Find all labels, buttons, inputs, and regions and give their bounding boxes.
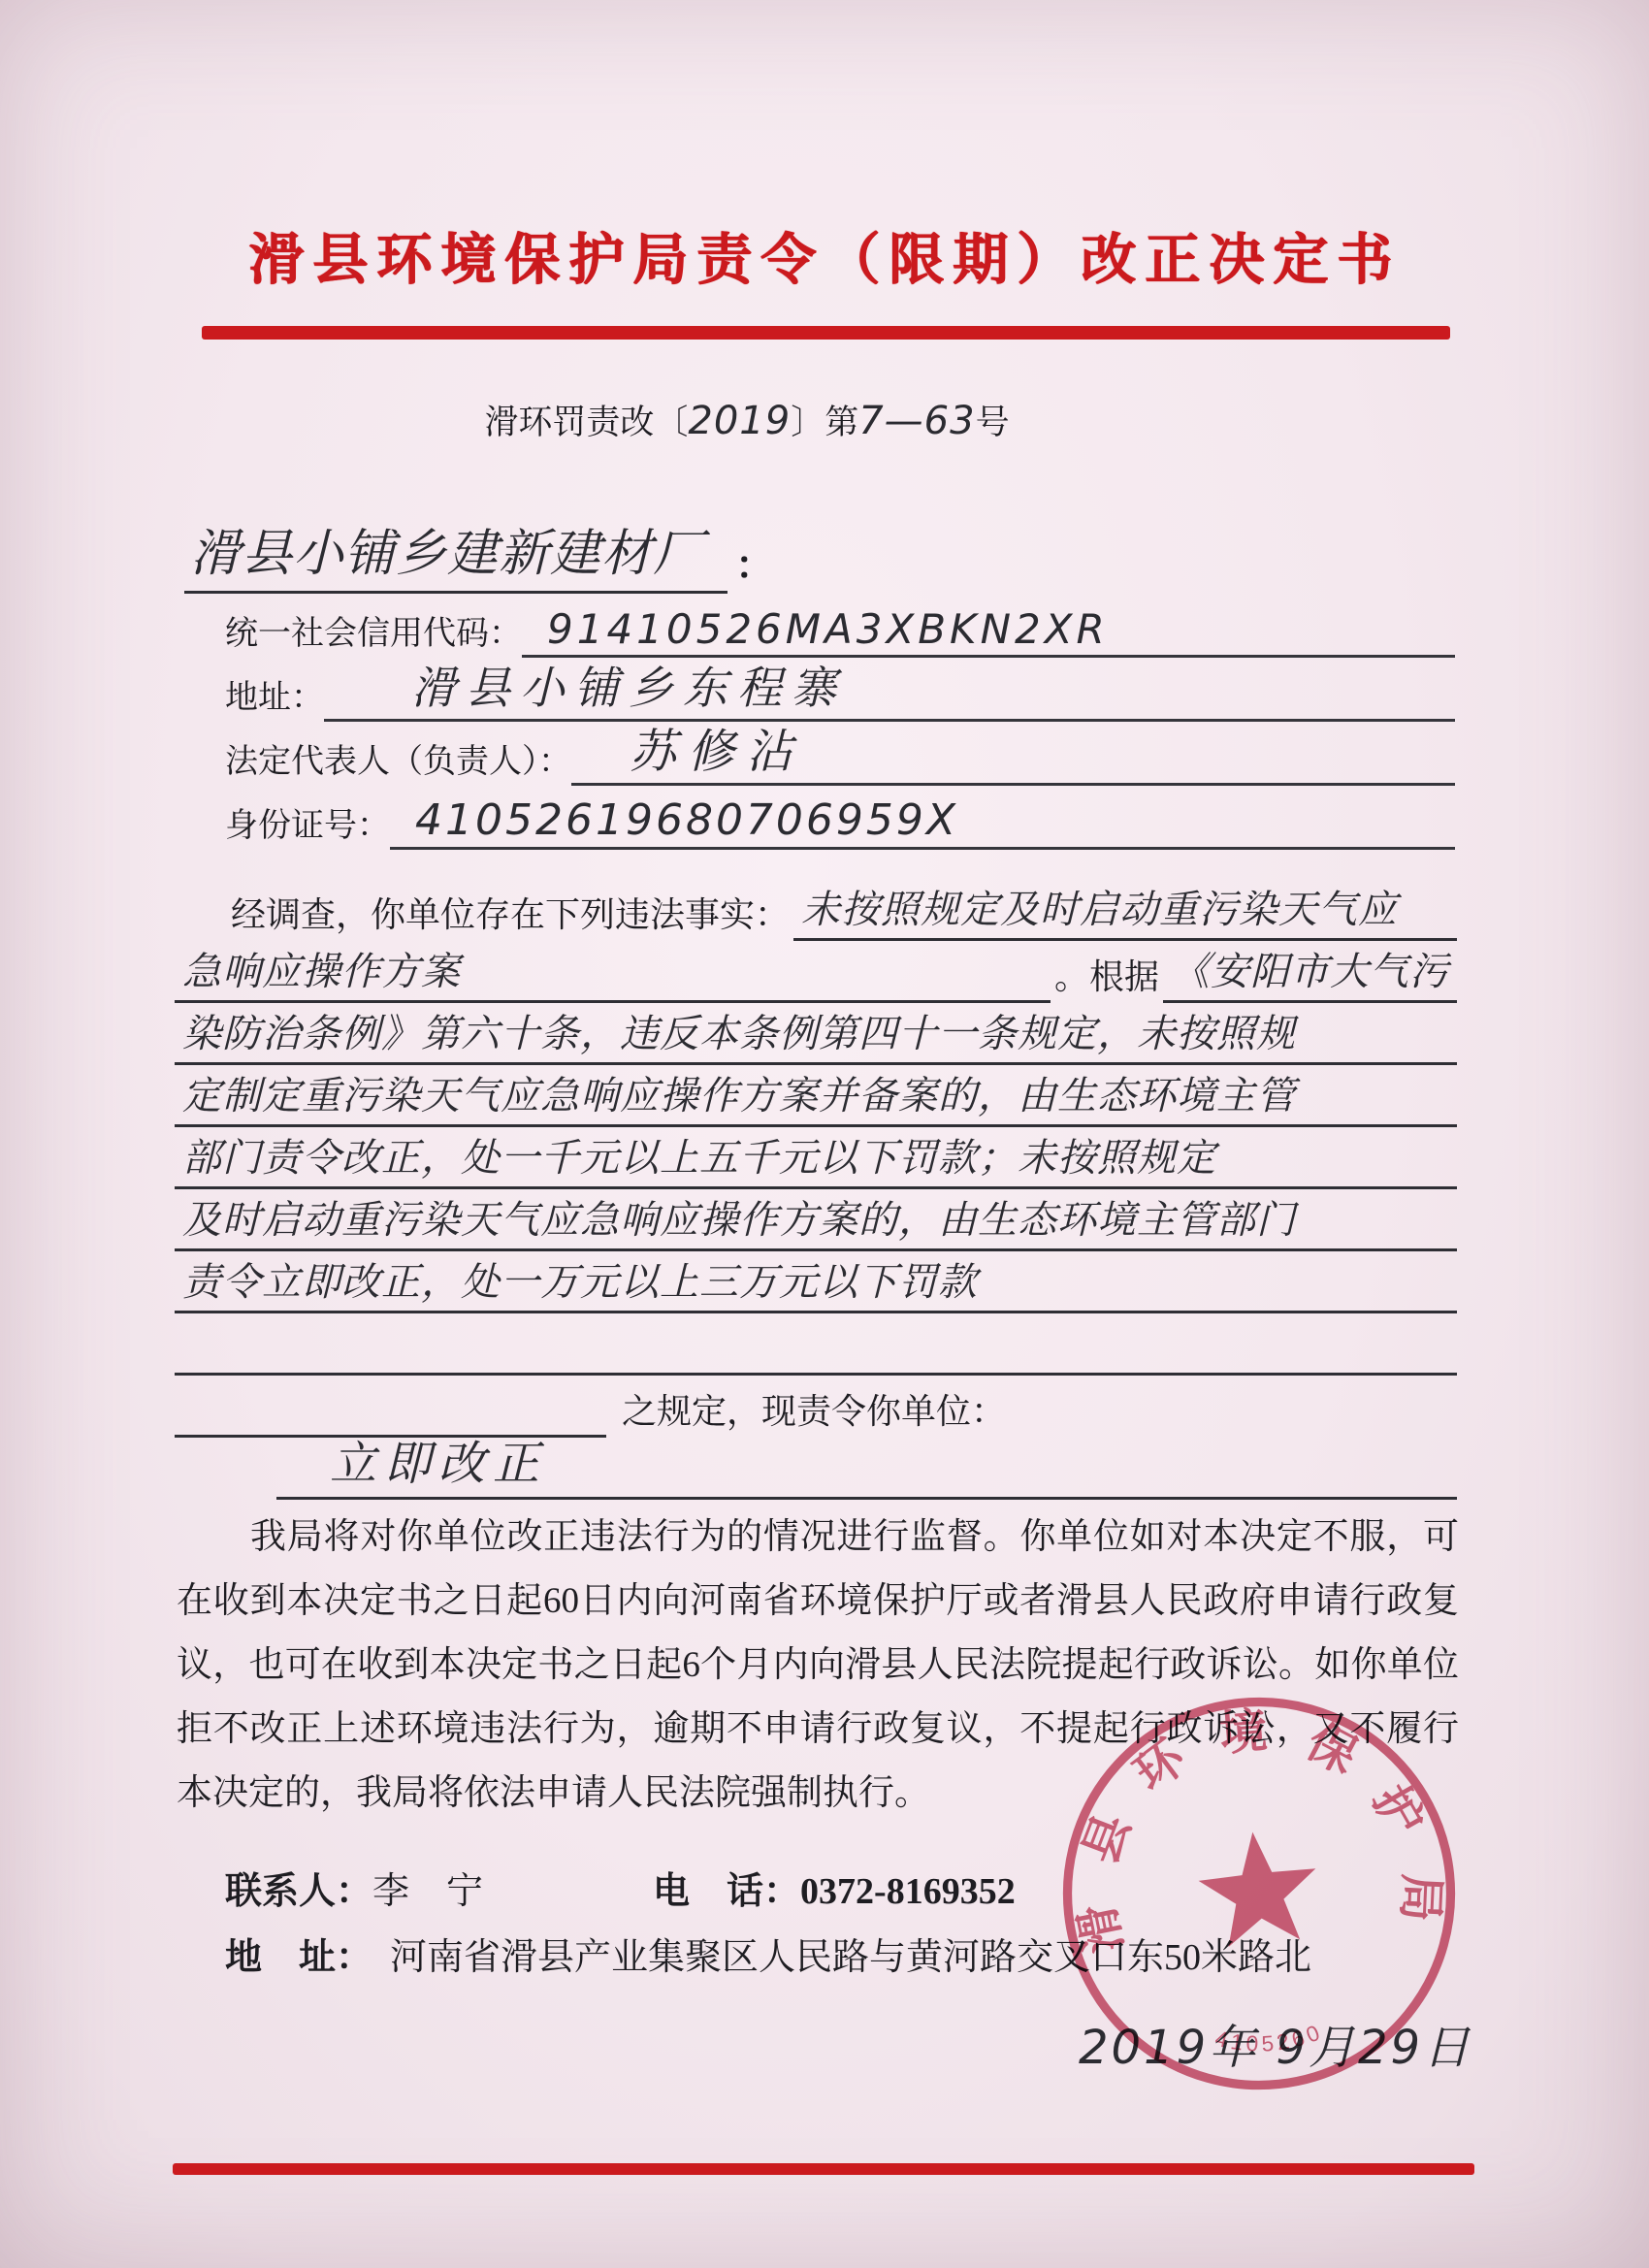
id-number-label: 身份证号： xyxy=(225,798,390,850)
violation-hw-2: 急响应操作方案 xyxy=(175,941,469,1003)
violation-section: 经调查，你单位存在下列违法事实： 未按照规定及时启动重污染天气应 急响应操作方案… xyxy=(175,879,1457,1500)
basis-label: 。根据 xyxy=(1051,950,1163,1003)
field-legal-rep: 法定代表人（负责人）： 苏修沾 xyxy=(225,726,1455,786)
address-value-handwritten: 滑县小铺乡东程寨 xyxy=(324,653,846,719)
docnum-year-handwritten: 2019 xyxy=(688,399,791,443)
violation-line-7: 责令立即改正，处一万元以上三万元以下罚款 xyxy=(175,1251,1457,1313)
docnum-suffix: 号 xyxy=(976,404,1010,441)
address-label: 地址： xyxy=(225,670,324,722)
document-number: 滑环罚责改〔2019〕第7—63号 xyxy=(0,396,1571,444)
credit-code-label: 统一社会信用代码： xyxy=(225,606,522,658)
contact-label: 联系人： xyxy=(225,1871,372,1912)
contact-line: 联系人：李 宁电 话：0372-8169352 xyxy=(225,1861,1016,1914)
violation-line-4: 定制定重污染天气应急响应操作方案并备案的，由生态环境主管 xyxy=(175,1065,1457,1127)
violation-hw-1: 未按照规定及时启动重污染天气应 xyxy=(793,879,1457,941)
recipient-colon: ： xyxy=(727,535,774,594)
credit-code-underline: 91410526MA3XBKN2XR xyxy=(522,605,1455,658)
violation-line-8-empty xyxy=(175,1313,1457,1376)
field-id-number: 身份证号： 41052619680706959X xyxy=(225,790,1455,850)
empty-underline xyxy=(175,1373,1457,1376)
violation-hw-4: 染防治条例》第六十条，违反本条例第四十一条规定，未按照规 xyxy=(175,1003,1457,1065)
id-number-underline: 41052619680706959X xyxy=(390,795,1455,850)
contact-name: 李 宁 xyxy=(372,1871,483,1912)
violation-hw-5: 定制定重污染天气应急响应操作方案并备案的，由生态环境主管 xyxy=(175,1065,1457,1127)
legal-rep-value-handwritten: 苏修沾 xyxy=(571,714,804,783)
order-line: 立即改正 xyxy=(276,1438,1457,1500)
credit-code-value-handwritten: 91410526MA3XBKN2XR xyxy=(522,605,1109,655)
violation-line-5: 部门责令改正，处一千元以上五千元以下罚款；未按照规定 xyxy=(175,1127,1457,1189)
violation-intro: 经调查，你单位存在下列违法事实： xyxy=(175,888,793,941)
legal-rep-underline: 苏修沾 xyxy=(571,714,1455,786)
svg-text:4105260: 4105260 xyxy=(1211,2015,1328,2061)
header-rule xyxy=(202,326,1450,340)
violation-hw-8: 责令立即改正，处一万元以上三万元以下罚款 xyxy=(175,1251,1457,1313)
official-seal: 滑县环境保护局 4105260 xyxy=(1029,1664,1490,2124)
docnum-mid: 〕第 xyxy=(791,404,858,441)
legal-rep-label: 法定代表人（负责人）： xyxy=(225,734,571,786)
phone-number: 0372-8169352 xyxy=(800,1871,1016,1912)
order-value-handwritten: 立即改正 xyxy=(276,1426,1457,1500)
field-credit-code: 统一社会信用代码： 91410526MA3XBKN2XR xyxy=(225,598,1455,658)
violation-line-3: 染防治条例》第六十条，违反本条例第四十一条规定，未按照规 xyxy=(175,1003,1457,1065)
field-address: 地址： 滑县小铺乡东程寨 xyxy=(225,662,1455,722)
violation-hw-7: 及时启动重污染天气应急响应操作方案的，由生态环境主管部门 xyxy=(175,1189,1457,1251)
address-underline: 滑县小铺乡东程寨 xyxy=(324,653,1455,722)
scanned-document-page: 滑县环境保护局责令（限期）改正决定书 滑环罚责改〔2019〕第7—63号 滑县小… xyxy=(0,0,1649,2268)
violation-hw-6: 部门责令改正，处一千元以上五千元以下罚款；未按照规定 xyxy=(175,1127,1457,1189)
violation-line-2: 急响应操作方案 。根据 《安阳市大气污 xyxy=(175,941,1457,1003)
seal-code: 4105260 xyxy=(1211,2015,1328,2061)
footer-rule xyxy=(173,2163,1474,2175)
violation-line-1: 经调查，你单位存在下列违法事实： 未按照规定及时启动重污染天气应 xyxy=(175,879,1457,941)
office-address-label: 地 址： xyxy=(225,1937,372,1978)
docnum-serial-handwritten: 7—63 xyxy=(858,399,975,443)
docnum-prefix: 滑环罚责改〔 xyxy=(484,404,688,441)
recipient-line: 滑县小铺乡建新建材厂 ： xyxy=(184,512,774,594)
recipient-name-handwritten: 滑县小铺乡建新建材厂 xyxy=(184,512,727,594)
star-icon xyxy=(1194,1826,1323,1949)
violation-line-6: 及时启动重污染天气应急响应操作方案的，由生态环境主管部门 xyxy=(175,1189,1457,1251)
document-title: 滑县环境保护局责令（限期）改正决定书 xyxy=(0,215,1649,295)
id-number-value-handwritten: 41052619680706959X xyxy=(390,795,958,847)
phone-label: 电 话： xyxy=(653,1871,800,1912)
violation-hw-3: 《安阳市大气污 xyxy=(1163,941,1457,1003)
